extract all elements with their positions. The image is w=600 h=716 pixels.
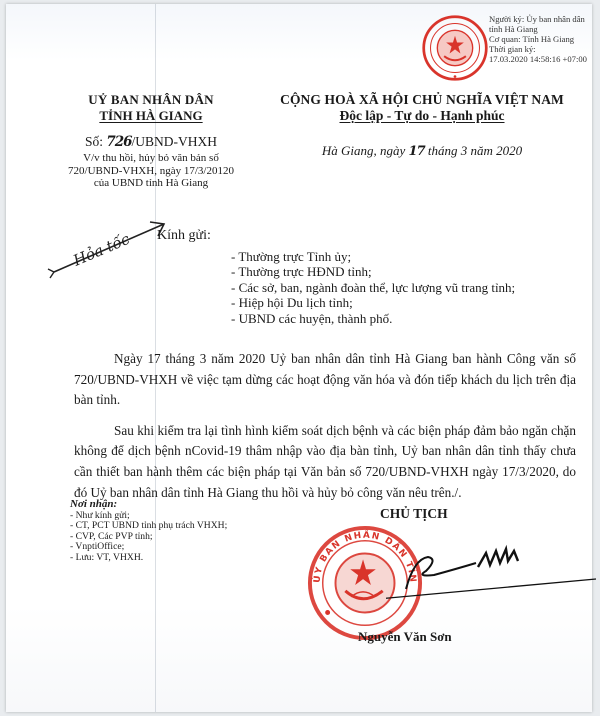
urgent-stamp-text: Hỏa tốc — [70, 230, 133, 270]
arrow-right-icon: Hỏa tốc — [46, 212, 176, 282]
date-prefix: Hà Giang, ngày — [322, 143, 409, 158]
date-day-handwritten: 17 — [409, 144, 425, 159]
sign-time-value: 17.03.2020 14:58:16 +07:00 — [489, 54, 594, 64]
document-number: Số: 726/UBND-VHXH — [61, 134, 241, 150]
digital-signature-seal-icon — [421, 14, 489, 82]
doc-number-suffix: /UBND-VHXH — [132, 134, 218, 149]
sign-time-label: Thời gian ký: — [489, 44, 594, 54]
date-suffix: tháng 3 năm 2020 — [425, 143, 523, 158]
body-paragraph: Sau khi kiểm tra lại tình hình kiểm soát… — [74, 421, 576, 503]
body-paragraph: Ngày 17 tháng 3 năm 2020 Uỷ ban nhân dân… — [74, 349, 576, 411]
digital-signature-info: Người ký: Ủy ban nhân dân tỉnh Hà Giang … — [489, 14, 594, 64]
urgent-stamp: Hỏa tốc — [46, 212, 176, 282]
subject-line: V/v thu hồi, hủy bỏ văn bản số — [61, 152, 241, 165]
recipient-item: - Thường trực Tỉnh ủy; — [231, 249, 515, 264]
national-motto: Độc lập - Tự do - Hạnh phúc — [254, 108, 590, 124]
recipient-list: - Thường trực Tỉnh ủy; - Thường trực HĐN… — [231, 249, 515, 326]
signer-title: CHỦ TỊCH — [380, 506, 448, 522]
issuer-org-line2: TỈNH HÀ GIANG — [61, 108, 241, 124]
recipient-item: - Hiệp hội Du lịch tỉnh; — [231, 295, 515, 310]
document-body: Ngày 17 tháng 3 năm 2020 Uỷ ban nhân dân… — [74, 349, 576, 513]
handwritten-signature — [386, 539, 596, 599]
greeting-label: Kính gửi: — [157, 228, 211, 244]
agency-label: Cơ quan: Tỉnh Hà Giang — [489, 34, 594, 44]
signer-name: Nguyễn Văn Sơn — [358, 629, 452, 645]
cc-list: Nơi nhận: - Như kính gửi; - CT, PCT UBND… — [70, 498, 227, 563]
national-header: CỘNG HOÀ XÃ HỘI CHỦ NGHĨA VIỆT NAM Độc l… — [254, 92, 590, 159]
recipient-item: - UBND các huyện, thành phố. — [231, 311, 515, 326]
document-page: Người ký: Ủy ban nhân dân tỉnh Hà Giang … — [6, 4, 592, 712]
subject-line: của UBND tỉnh Hà Giang — [61, 177, 241, 190]
recipient-item: - Thường trực HĐND tỉnh; — [231, 264, 515, 279]
doc-number-prefix: Số: — [85, 134, 106, 149]
signer-label: Người ký: Ủy ban nhân dân tỉnh Hà Giang — [489, 14, 594, 34]
recipient-item: - Các sở, ban, ngành đoàn thể, lực lượng… — [231, 280, 515, 295]
national-title: CỘNG HOÀ XÃ HỘI CHỦ NGHĨA VIỆT NAM — [254, 92, 590, 108]
issuer-org-line1: UỶ BAN NHÂN DÂN — [61, 92, 241, 108]
document-subject: V/v thu hồi, hủy bỏ văn bản số 720/UBND-… — [61, 152, 241, 190]
issuer-header: UỶ BAN NHÂN DÂN TỈNH HÀ GIANG Số: 726/UB… — [61, 92, 241, 190]
cc-item: - Lưu: VT, VHXH. — [70, 553, 227, 563]
doc-number-handwritten: 726 — [106, 134, 131, 150]
place-date-line: Hà Giang, ngày 17 tháng 3 năm 2020 — [254, 143, 590, 159]
subject-line: 720/UBND-VHXH, ngày 17/3/20120 — [61, 165, 241, 178]
